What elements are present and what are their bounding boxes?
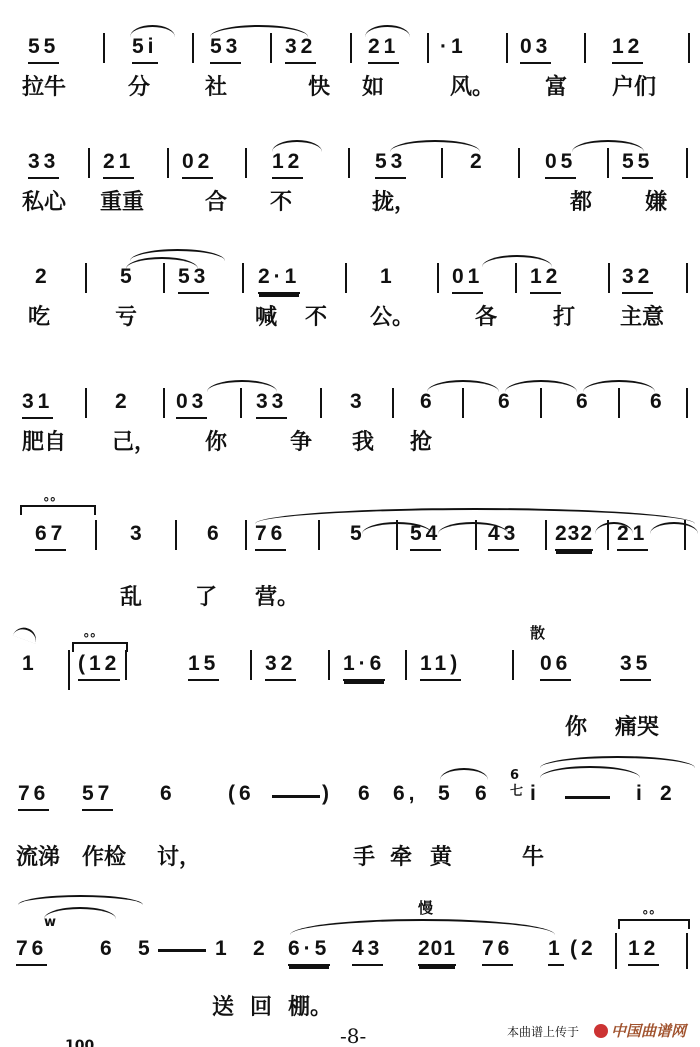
note-group: (12: [78, 652, 120, 681]
lyric: 富: [545, 75, 567, 101]
lyric: 我: [352, 430, 374, 456]
note-group: 33: [256, 390, 287, 419]
lyric: 痛哭: [615, 715, 659, 741]
note-group: 12: [612, 35, 643, 64]
lyric: 都: [570, 190, 592, 216]
note-group: i: [636, 782, 646, 806]
note-group: 5: [438, 782, 454, 806]
note-group: 1: [380, 265, 396, 289]
barline: [540, 388, 542, 418]
lyric: 拢，: [372, 190, 416, 216]
barline: [686, 933, 688, 969]
note-group: 67: [35, 522, 66, 551]
barline: [328, 650, 330, 680]
lyric: 重重: [100, 190, 144, 216]
barline: [512, 650, 514, 680]
note-group: 6: [475, 782, 491, 806]
barline: [475, 520, 477, 550]
sustain-dash: [565, 796, 610, 799]
lyric: 公。: [370, 305, 414, 331]
lyric: 己，: [112, 430, 156, 456]
barline: [250, 650, 252, 680]
note-group: 32: [622, 265, 653, 294]
barline: [615, 933, 617, 969]
note-group: 1: [22, 652, 38, 676]
note-group: 31: [22, 390, 53, 419]
barline: [506, 33, 508, 63]
lyric: 牵: [390, 845, 412, 871]
barline: [167, 148, 169, 178]
tuplet-bracket: [72, 642, 128, 652]
site-brand-name: 中国曲谱网: [611, 1022, 686, 1040]
site-brand-link[interactable]: 中国曲谱网: [594, 1020, 686, 1041]
note-group: 1·6: [343, 652, 385, 681]
note-group: 232: [555, 522, 593, 551]
barline: [245, 520, 247, 550]
barline: [245, 148, 247, 178]
note-group: 21: [368, 35, 399, 64]
note-group: 5i: [132, 35, 158, 64]
note-group: 03: [176, 390, 207, 419]
note-group: 06: [540, 652, 571, 681]
lyric: 送: [212, 995, 234, 1021]
barline: [405, 650, 407, 680]
lyric: 牛: [522, 845, 544, 871]
barline: [462, 388, 464, 418]
barline: [441, 148, 443, 178]
lyric: 风。: [450, 75, 494, 101]
barline: [608, 263, 610, 293]
note-group: 35: [620, 652, 651, 681]
note-group: 6: [160, 782, 176, 806]
lyric: 流涕: [16, 845, 60, 871]
barline: [515, 263, 517, 293]
note-group: 2: [253, 937, 269, 961]
barline: [88, 148, 90, 178]
cropped-text-fragment: 100: [65, 1038, 94, 1047]
note-group: 03: [520, 35, 551, 64]
barline: [618, 388, 620, 418]
barline: [320, 388, 322, 418]
barline: [584, 33, 586, 63]
site-logo-icon: [594, 1024, 608, 1038]
note-group: 55: [622, 150, 653, 179]
lyric: 棚。: [288, 995, 332, 1021]
lyric: 不: [270, 190, 292, 216]
note-group: 12: [530, 265, 561, 294]
barline: [192, 33, 194, 63]
note-group: 05: [545, 150, 576, 179]
note-group: (2: [570, 937, 597, 961]
tempo-marking: 慢: [418, 897, 433, 918]
lyric: 拉牛: [22, 75, 66, 101]
tie-mark: [13, 624, 40, 643]
barline: [545, 520, 547, 550]
lyric: 吃: [28, 305, 50, 331]
barline: [686, 148, 688, 178]
note-group: 76: [255, 522, 286, 551]
note-group: 53: [210, 35, 241, 64]
sheet-music-page: 55 5i 53 32 21 ·1 03 12 拉牛 分 社 快 如: [0, 0, 700, 1047]
lyric: 快: [308, 75, 330, 101]
lyric: 黄: [430, 845, 452, 871]
barline: [396, 520, 398, 550]
note-group: 2: [35, 265, 51, 289]
barline: [163, 263, 165, 293]
barline: [688, 33, 690, 63]
ornament-mark: °°: [83, 632, 96, 647]
lyric: 喊: [255, 305, 277, 331]
note-group: 11): [420, 652, 461, 681]
barline: [270, 33, 272, 63]
tuplet-bracket: [20, 505, 96, 515]
barline: [686, 388, 688, 418]
barline: [103, 33, 105, 63]
barline: [345, 263, 347, 293]
note-group: 6: [498, 390, 514, 414]
lyric: 私心: [22, 190, 66, 216]
barline: [163, 388, 165, 418]
note-group: 76: [18, 782, 49, 811]
ornament-mark: °°: [642, 909, 655, 924]
note-group: 5: [138, 937, 154, 961]
barline: [607, 520, 609, 550]
lyric: 社: [205, 75, 227, 101]
lyric: 打: [553, 305, 575, 331]
slur: [440, 768, 488, 780]
lyric: 主意: [620, 305, 664, 331]
lyric: 户们: [612, 75, 656, 101]
note-group: 54: [410, 522, 441, 551]
lyric: 分: [128, 75, 150, 101]
note-group: 6: [358, 782, 374, 806]
note-group: 15: [188, 652, 219, 681]
lyric: 作检: [82, 845, 126, 871]
lyric: 嫌: [645, 190, 667, 216]
note-group: 3: [350, 390, 366, 414]
note-group: 6: [100, 937, 116, 961]
barline: [125, 650, 127, 680]
lyric: 手: [353, 845, 375, 871]
barline: [392, 388, 394, 418]
barline: [85, 388, 87, 418]
note-group: 12: [628, 937, 659, 966]
note-group: 1: [215, 937, 231, 961]
note-group: 6·5: [288, 937, 330, 966]
phrase-slur: [540, 756, 695, 768]
barline: [85, 263, 87, 293]
lyric: 不: [305, 305, 327, 331]
note-group: 76: [16, 937, 47, 966]
note-group: 21: [103, 150, 134, 179]
barline: [427, 33, 429, 63]
note-group: 76: [482, 937, 513, 966]
phrase-slur: [18, 895, 143, 905]
sustain-dash: [158, 949, 206, 952]
note-group: 02: [182, 150, 213, 179]
note-group: 01: [452, 265, 483, 294]
barline: [684, 520, 686, 550]
barline: [518, 148, 520, 178]
lyric: 亏: [115, 305, 137, 331]
note-group: 43: [352, 937, 383, 966]
note-group: ·1: [440, 35, 467, 59]
ornament-mark: °°: [43, 496, 56, 511]
lyric: 抢: [410, 430, 432, 456]
note-group: 3: [130, 522, 146, 546]
note-group: 5: [350, 522, 366, 546]
note-group: ): [322, 782, 333, 806]
barline: [348, 148, 350, 178]
barline: [175, 520, 177, 550]
note-group: 6: [650, 390, 666, 414]
lyric: 讨，: [157, 845, 201, 871]
note-group: 2: [660, 782, 676, 806]
note-group: 55: [28, 35, 59, 64]
barline: [318, 520, 320, 550]
note-group: 12: [272, 150, 303, 179]
lyric: 各: [475, 305, 497, 331]
upload-credit: 本曲谱上传于: [507, 1023, 579, 1040]
lyric: 合: [205, 190, 227, 216]
note-group: 32: [285, 35, 316, 64]
lyric: 你: [205, 430, 227, 456]
barline: [240, 388, 242, 418]
barline: [607, 148, 609, 178]
barline: [68, 650, 70, 690]
grace-note: 七: [510, 780, 523, 799]
note-group: 6,: [393, 782, 419, 806]
note-group: 57: [82, 782, 113, 811]
barline: [686, 263, 688, 293]
note-group: 2·1: [258, 265, 300, 294]
note-group: 53: [178, 265, 209, 294]
note-group: 32: [265, 652, 296, 681]
barline: [95, 520, 97, 550]
note-group: 2: [470, 150, 486, 174]
barline: [437, 263, 439, 293]
barline: [242, 263, 244, 293]
lyric: 如: [362, 75, 384, 101]
sustain-dash: [272, 795, 320, 798]
note-group: 201: [418, 937, 456, 966]
lyric: 营。: [255, 585, 299, 611]
note-group: 1: [548, 937, 564, 966]
note-group: (6: [228, 782, 255, 806]
phrase-slur: [290, 919, 555, 935]
note-group: 2: [115, 390, 131, 414]
barline: [350, 33, 352, 63]
note-group: i: [530, 782, 540, 806]
note-group: 6: [420, 390, 436, 414]
note-group: 6: [207, 522, 223, 546]
tempo-marking: 散: [530, 622, 545, 643]
page-number: -8-: [340, 1024, 366, 1047]
lyric: 回: [250, 995, 272, 1021]
note-group: 6: [576, 390, 592, 414]
note-group: 21: [617, 522, 648, 551]
note-group: 43: [488, 522, 519, 551]
lyric: 争: [290, 430, 312, 456]
trill-mark: w: [44, 915, 56, 930]
note-group: 53: [375, 150, 406, 179]
lyric: 乱: [120, 585, 142, 611]
lyric: 你: [565, 715, 587, 741]
note-group: 5: [120, 265, 136, 289]
note-group: 33: [28, 150, 59, 179]
lyric: 了: [195, 585, 217, 611]
lyric: 肥自: [22, 430, 66, 456]
